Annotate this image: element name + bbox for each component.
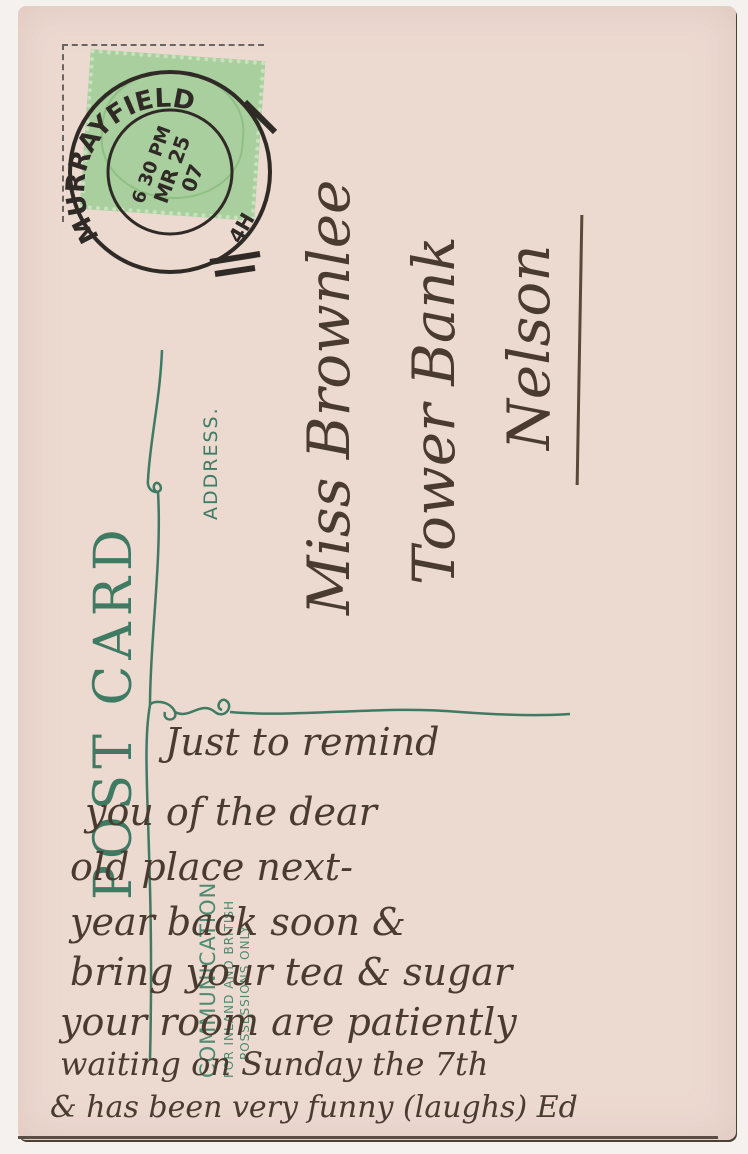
message-line-7: waiting on Sunday the 7th [60,1045,488,1083]
message-line-1: Just to remind [165,720,439,764]
postmark-code: 4H [223,209,259,248]
message-line-2: you of the dear [85,790,377,834]
message-line-4: year back soon & [70,900,406,944]
address-line-2: Tower Bank [400,236,468,585]
post-card-heading: POST CARD [84,523,144,900]
address-line-3: Nelson [495,244,563,450]
message-line-8: & has been very funny (laughs) Ed [50,1090,578,1125]
message-line-3: old place next- [70,845,353,889]
postmark: MURRAYFIELD 6 30 PM MR 25 07 4H [60,62,280,282]
message-line-5: bring your tea & sugar [70,950,512,994]
address-label: ADDRESS. [200,406,222,520]
card-edge-shadow [18,1136,718,1139]
message-line-6: your room are patiently [60,1000,517,1044]
address-line-1: Miss Brownlee [295,180,363,615]
